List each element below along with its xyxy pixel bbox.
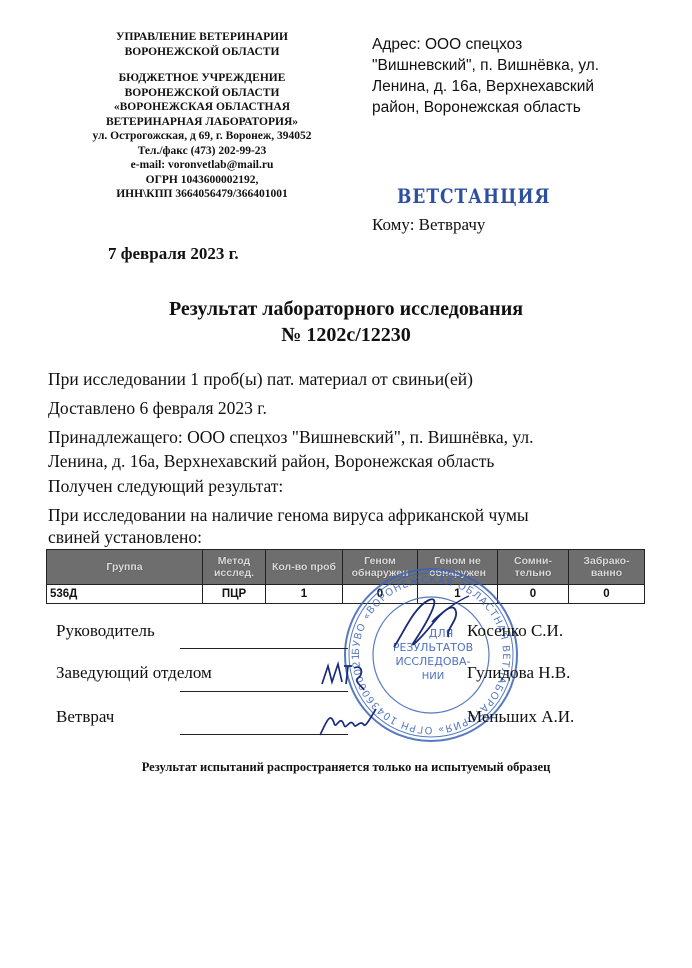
signature-scribble-icon <box>318 656 370 692</box>
col-rejected: Забрако-ванно <box>569 550 645 585</box>
signature-line <box>180 648 348 649</box>
signature-scribble-icon <box>318 703 378 737</box>
document-title: Результат лабораторного исследования № 1… <box>0 296 692 348</box>
signature-role-vet: Ветврач <box>56 707 114 727</box>
body-samples: При исследовании 1 проб(ы) пат. материал… <box>48 367 473 391</box>
col-method: Метод исслед. <box>203 550 266 585</box>
col-sample-count: Кол-во проб <box>266 550 343 585</box>
body-owner: Принадлежащего: ООО спецхоз "Вишневский"… <box>48 425 534 449</box>
institution-phone: Тел./факс (473) 202-99-23 <box>52 144 352 159</box>
svg-text:НИИ: НИИ <box>422 671 444 682</box>
footer-disclaimer: Результат испытаний распространяется тол… <box>0 760 692 775</box>
body-result-intro: Получен следующий результат: <box>48 474 283 498</box>
org-line: УПРАВЛЕНИЕ ВЕТЕРИНАРИИ <box>52 30 352 45</box>
cell-group: 536Д <box>47 585 203 604</box>
body-test-desc: При исследовании на наличие генома вирус… <box>48 503 529 527</box>
signature-name-vet: Меньших А.И. <box>467 707 574 727</box>
signature-name-head: Косенко С.И. <box>467 621 563 641</box>
institution-address: ул. Острогожская, д 69, г. Воронеж, 3940… <box>52 129 352 144</box>
institution-inn: ИНН\КПП 3664056479/366401001 <box>52 187 352 202</box>
institution-line: «ВОРОНЕЖСКАЯ ОБЛАСТНАЯ <box>52 100 352 115</box>
cell-sample-count: 1 <box>266 585 343 604</box>
col-group: Группа <box>47 550 203 585</box>
signature-role-head: Руководитель <box>56 621 155 641</box>
address-line: район, Воронежская область <box>372 97 632 118</box>
issue-date: 7 февраля 2023 г. <box>108 244 239 264</box>
address-line: "Вишневский", п. Вишнёвка, ул. <box>372 55 632 76</box>
signature-scribble-icon <box>384 592 474 652</box>
org-line: ВОРОНЕЖСКОЙ ОБЛАСТИ <box>52 45 352 60</box>
body-owner-cont: Ленина, д. 16а, Верхнехавский район, Вор… <box>48 449 494 473</box>
institution-ogrn: ОГРН 1043600002192, <box>52 173 352 188</box>
cell-method: ПЦР <box>203 585 266 604</box>
signature-role-dept: Заведующий отделом <box>56 663 212 683</box>
organization-header: УПРАВЛЕНИЕ ВЕТЕРИНАРИИ ВОРОНЕЖСКОЙ ОБЛАС… <box>52 30 352 202</box>
cell-rejected: 0 <box>569 585 645 604</box>
body-delivered: Доставлено 6 февраля 2023 г. <box>48 396 267 420</box>
address-line: Адрес: ООО спецхоз <box>372 34 632 55</box>
title-line: Результат лабораторного исследования <box>0 296 692 322</box>
recipient-address: Адрес: ООО спецхоз "Вишневский", п. Вишн… <box>372 34 632 118</box>
body-test-desc-cont: свиней установлено: <box>48 525 202 549</box>
addressee: Кому: Ветврачу <box>372 215 485 235</box>
svg-text:ИССЛЕДОВА-: ИССЛЕДОВА- <box>395 655 470 668</box>
institution-line: БЮДЖЕТНОЕ УЧРЕЖДЕНИЕ <box>52 71 352 86</box>
report-number: № 1202с/12230 <box>0 322 692 348</box>
signature-name-dept: Гулидова Н.В. <box>467 663 570 683</box>
institution-line: ВЕТЕРИНАРНАЯ ЛАБОРАТОРИЯ» <box>52 115 352 130</box>
address-line: Ленина, д. 16а, Верхнехавский <box>372 76 632 97</box>
institution-line: ВОРОНЕЖСКОЙ ОБЛАСТИ <box>52 86 352 101</box>
institution-email: e-mail: voronvetlab@mail.ru <box>52 158 352 173</box>
vetstation-stamp: ВЕТСТАНЦИЯ <box>397 186 551 209</box>
